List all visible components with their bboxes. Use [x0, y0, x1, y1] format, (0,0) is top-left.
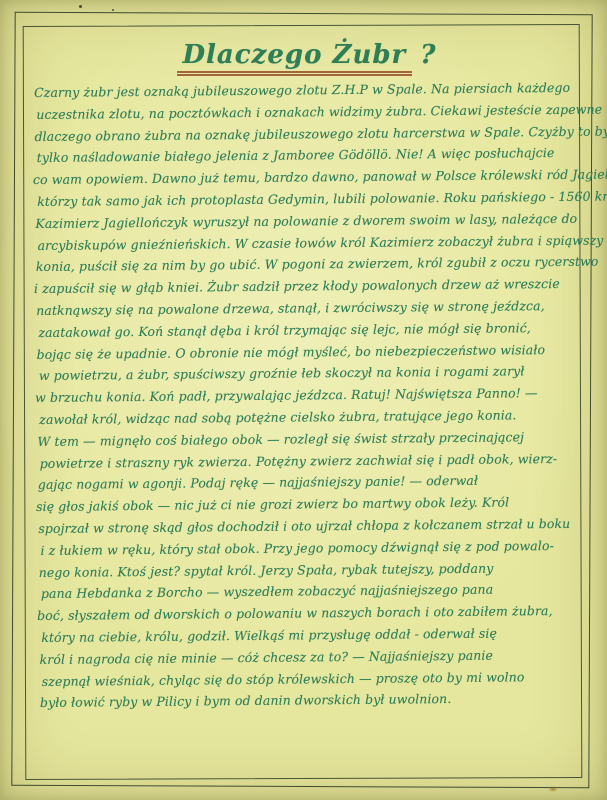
paper-stain: [548, 786, 558, 792]
page-content: Dlaczego Żubr? Czarny żubr jest oznaką j…: [34, 40, 579, 714]
document-page: Dlaczego Żubr? Czarny żubr jest oznaką j…: [0, 0, 607, 800]
title-underlined-text: Dlaczego Żubr: [177, 40, 413, 76]
body-text: Czarny żubr jest oznaką jubileuszowego z…: [34, 77, 585, 714]
ink-speck: [112, 9, 114, 11]
title-question-mark: ?: [412, 40, 436, 70]
ink-speck: [79, 5, 82, 8]
handwritten-line: było łowić ryby w Pilicy i bym od danin …: [40, 687, 585, 714]
page-title: Dlaczego Żubr?: [34, 40, 579, 70]
